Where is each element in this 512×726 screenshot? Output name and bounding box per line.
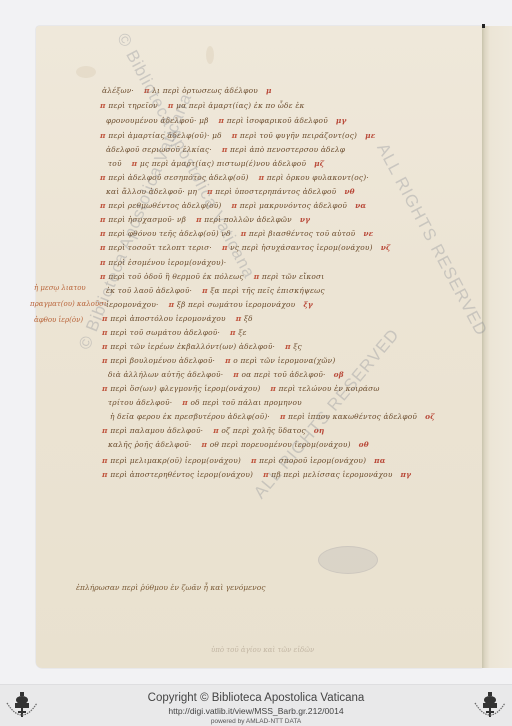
line-text: περὶ ἀδελφοῦ σεσηπότος ἀδελφ(οῦ) [108,173,248,182]
line-text-col2: π περὶ βιασθέντος τοῦ αὐτοῦ [241,229,356,238]
line-text: περὶ μελιμακρ(οῦ) ἱερομ(ονάχου) [110,456,241,465]
chapter-number: μγ [336,116,347,125]
image-viewer[interactable]: ἀλέξων·π λι περὶ ὀρτωσεως ἀδέλφουμπ περὶ… [0,0,512,684]
line-text-col2: π περὶ μακρυνόντος ἀδελφοῦ [232,201,348,210]
faint-offset-text: ὑπὸ τοῦ ἁγίου καὶ τῶν εἰδῶν [211,646,314,654]
line-text-col2: π περὶ ἱππου κακωθέντος ἀδελφοῦ [280,412,417,421]
line-text-col2: π περὶ ὑποστερηπάντος ἀδελφοῦ [207,187,336,196]
line-text: περὶ ἀποστόλου ἱερομονάχου [110,314,225,323]
line-text: τρίτου ἀδελφοῦ· [108,398,172,407]
manuscript-line: καλῆς ῥοῆς ἀδελφοῦ·π οθ περὶ πορευομένου… [108,440,369,449]
margin-note: ἀφθου ἱερ(ὸν) [34,316,83,324]
manuscript-line: τοῦπ μς περὶ ἀμαρτ(ίας) πιστωμ(έ)νου ἀδε… [108,159,324,168]
manuscript-line: διὰ ἀλλήλων αὐτῆς ἀδελφοῦ·π οα περὶ τοῦ … [108,370,344,379]
line-text: περὶ τοῦ ὁδοῦ ἢ θερμοῦ ἐκ πόλεως [108,272,243,281]
line-text-col2: π οζ περὶ χολῆς ὕδατος [213,426,306,435]
line-text-col2: π ξα περὶ τῆς πεῖς ἐπισκήψεως [202,286,325,295]
chapter-number: οζ [425,412,435,421]
chapter-number: νζ [381,243,391,252]
manuscript-line: ἡ δεῖα φερου ἐκ πρεσβυτέρου ἀδελφ(οῦ)·π … [110,412,435,421]
line-text-col2: π ξδ [236,314,253,323]
line-text-col2: π ξβ περὶ σωμάτου ἱερομονάχου [169,300,296,309]
chapter-number: νθ [344,187,354,196]
manuscript-line: π περὶ μελιμακρ(οῦ) ἱερομ(ονάχου)π περὶ … [102,456,386,465]
manuscript-line: π περὶ ἀποστερηθέντος ἱερομ(ονάχου)π πβ … [102,470,411,479]
line-text: καλῆς ῥοῆς ἀδελφοῦ· [108,440,192,449]
manuscript-line: π περὶ ἀποστόλου ἱερομονάχουπ ξδ [102,314,253,323]
line-text-col2: π περὶ τοῦ φυγῆν πειράζοντ(ος) [232,131,357,140]
manuscript-folio: ἀλέξων·π λι περὶ ὀρτωσεως ἀδέλφουμπ περὶ… [36,26,484,668]
chapter-number: νγ [300,215,310,224]
line-text-col2: π οα περὶ τοῦ ἀδελφοῦ· [233,370,325,379]
powered-by-text: powered by AMLAD-NTT DATA [0,718,512,725]
manuscript-line: π περὶ βουλομένου ἀδελφοῦ·π ο περὶ τῶν ἱ… [102,356,335,365]
manuscript-line: ἀδελφοῦ σεριωσοῦ ἑλκίας·π περὶ ἀπὸ πενοσ… [106,145,345,154]
manuscript-line: π περὶ τῶν ἱερέων ἐκβαλλόντ(ων) ἀδελφοῦ·… [102,342,302,351]
chapter-number: πα [374,456,386,465]
chapter-number: να [355,201,366,210]
chapter-number: με [365,131,375,140]
manuscript-line: ἱερομονάχου·π ξβ περὶ σωμάτου ἱερομονάχο… [106,300,313,309]
library-stamp [318,546,378,574]
manuscript-text: ἀλέξων·π λι περὶ ὀρτωσεως ἀδέλφουμπ περὶ… [36,26,484,668]
line-text: διὰ ἀλλήλων αὐτῆς ἀδελφοῦ· [108,370,223,379]
line-text: ἡ δεῖα φερου ἐκ πρεσβυτέρου ἀδελφ(οῦ)· [110,412,270,421]
vatican-emblem-icon [472,689,508,723]
line-text: τοῦ [108,159,122,168]
line-text-col2: π οδ περὶ τοῦ πάλαι προμηνου [182,398,302,407]
line-text-col2: π ο περὶ τῶν ἱερομονα(χῶν) [225,356,335,365]
line-text: περὶ ὅσ(ων) φλεγμονῆς ἱερομ(ονάχου) [110,384,260,393]
chapter-number: οθ [359,440,369,449]
line-text-col2: π περὶ σποροῦ ἱερομ(ονάχου) [251,456,366,465]
line-text: περὶ τοῦ σωμάτου ἀδελφοῦ· [110,328,220,337]
binding-gutter [482,26,512,668]
gutter-mark [482,24,485,28]
manuscript-line: φρονουμένου ἀδελφοῦ· μβπ περὶ ἰσοφαρικοῦ… [106,116,347,125]
manuscript-line: π περὶ παλαμου ἀδελφοῦ·π οζ περὶ χολῆς ὕ… [102,426,324,435]
line-text: περὶ βουλομένου ἀδελφοῦ· [110,356,215,365]
chapter-number: νε [363,229,373,238]
footer: Copyright © Biblioteca Apostolica Vatica… [0,684,512,726]
chapter-number: πγ [401,470,412,479]
colophon: ἐπλήρωσαν περὶ ῥύθμου ἐν ζωᾶν ἦ καὶ γενό… [76,583,265,592]
line-text: περὶ παλαμου ἀδελφοῦ· [110,426,203,435]
manuscript-line: π περὶ τηρεῖονπ μα περὶ ἀμαρτ(ίας) ἐκ πο… [100,101,305,110]
line-text: περὶ τῶν ἱερέων ἐκβαλλόντ(ων) ἀδελφοῦ· [110,342,275,351]
permalink-url[interactable]: http://digi.vatlib.it/view/MSS_Barb.gr.2… [0,706,512,716]
manuscript-line: π περὶ τοῦ ὁδοῦ ἢ θερμοῦ ἐκ πόλεωςπ περὶ… [100,272,324,281]
copyright-text: Copyright © Biblioteca Apostolica Vatica… [0,692,512,704]
chapter-number: μ [266,86,272,95]
manuscript-line: π περὶ τοῦ σωμάτου ἀδελφοῦ·π ξε [102,328,247,337]
line-text-col2: π περὶ ὀρκου φυλακοντ(ος)· [259,173,369,182]
line-text-col2: π περὶ ἰσοφαρικοῦ ἀδελφοῦ [219,116,328,125]
margin-note: ἡ μεσῳ λιατου [34,284,86,292]
line-text-col2: π οθ περὶ πορευομένου ἱερομ(ονάχου) [202,440,351,449]
line-text-col2: π ξε [230,328,247,337]
line-text-col2: π περὶ ἀπὸ πενοστερσου ἀδελφ [222,145,345,154]
line-text-col2: π περὶ τῶν εἴκοσι [254,272,325,281]
manuscript-line: ἐκ τοῦ λαοῦ ἀδελφοῦ·π ξα περὶ τῆς πεῖς ἐ… [106,286,325,295]
line-text: ἀλέξων· [102,86,134,95]
line-text: περὶ ἀποστερηθέντος ἱερομ(ονάχου) [110,470,253,479]
chapter-number: μζ [314,159,324,168]
chapter-number: οβ [334,370,344,379]
manuscript-line: π περὶ ἀμαρτίας ἀδελφ(οῦ)· μδπ περὶ τοῦ … [100,131,375,140]
line-text-col2: π ξς [285,342,302,351]
chapter-number: ξγ [303,300,313,309]
manuscript-line: τρίτου ἀδελφοῦ·π οδ περὶ τοῦ πάλαι προμη… [108,398,302,407]
